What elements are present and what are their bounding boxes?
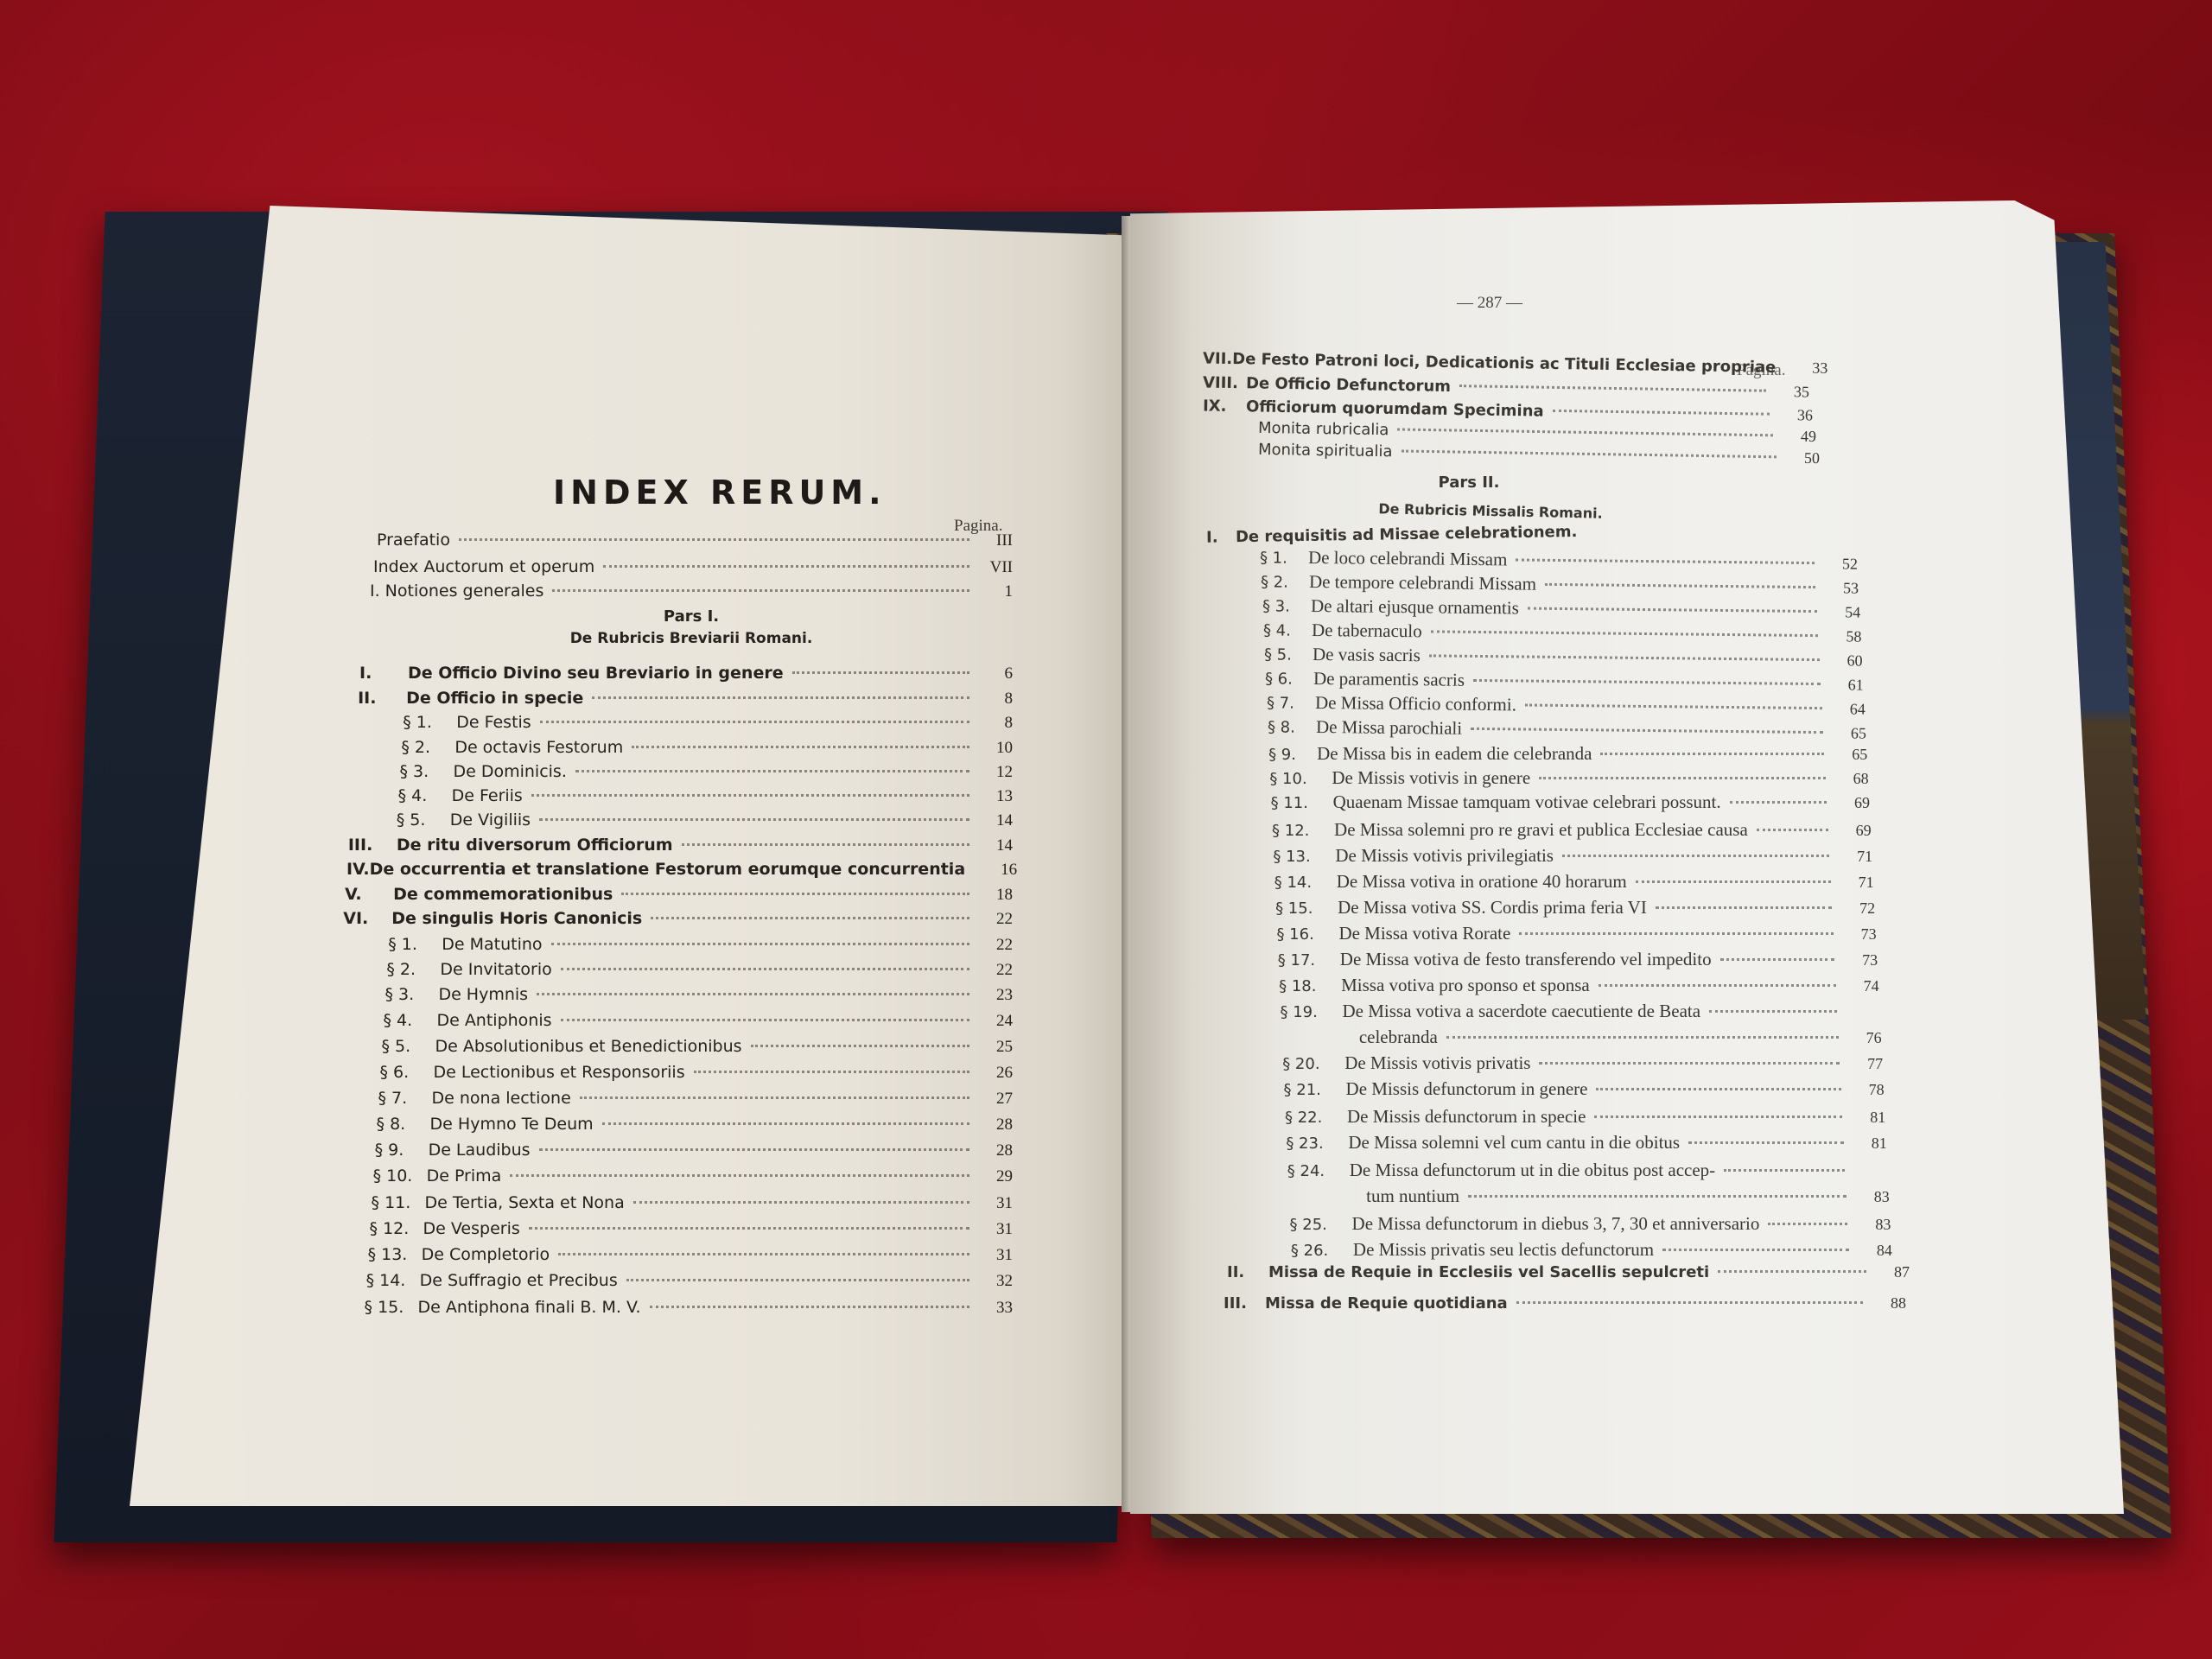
toc-page: 64 <box>1830 700 1865 718</box>
toc-row[interactable]: § 8.De Hymno Te Deum28 <box>377 1115 1013 1135</box>
toc-label: De Dominicis. <box>453 762 566 781</box>
leader-dots <box>1539 777 1825 779</box>
leader-dots <box>575 770 969 772</box>
leader-dots <box>1709 1010 1837 1013</box>
toc-num: § 13. <box>1273 848 1335 866</box>
toc-page: 25 <box>978 1038 1013 1057</box>
toc-label: De Laudibus <box>429 1141 531 1160</box>
toc-row[interactable]: V.De commemorationibus18 <box>345 885 1013 905</box>
toc-row[interactable]: § 20.De Missis votivis privatis77 <box>1282 1052 1883 1074</box>
leader-dots <box>1471 728 1823 734</box>
toc-num: § 8. <box>1268 718 1316 737</box>
leader-dots <box>1599 984 1836 987</box>
toc-num: § 20. <box>1282 1055 1344 1073</box>
toc-page: 68 <box>1834 770 1869 788</box>
toc-page: 69 <box>1837 822 1872 840</box>
toc-label: celebranda <box>1359 1027 1438 1048</box>
leader-dots <box>603 565 969 568</box>
leader-dots <box>561 968 969 970</box>
toc-num: § 4. <box>383 1011 436 1030</box>
toc-page: 65 <box>1832 724 1866 742</box>
toc-num: IV. <box>346 860 370 879</box>
leader-dots <box>1596 1088 1840 1090</box>
toc-num: § 12. <box>370 1219 423 1238</box>
toc-row[interactable]: § 12.De Missa solemni pro re gravi et pu… <box>1272 819 1872 841</box>
leader-dots <box>459 538 969 541</box>
leader-dots <box>1553 410 1770 416</box>
toc-label: De Tertia, Sexta et Nona <box>425 1193 625 1212</box>
toc-label: De Missis privatis seu lectis defunctoru… <box>1353 1239 1654 1261</box>
toc-label: De singulis Horis Canonicis <box>391 909 642 928</box>
leader-dots <box>539 818 969 821</box>
toc-num: § 7. <box>378 1089 432 1108</box>
toc-row[interactable]: § 24.De Missa defunctorum ut in die obit… <box>1287 1160 1889 1181</box>
leader-dots <box>552 589 969 592</box>
leader-dots <box>1516 1301 1863 1304</box>
toc-row[interactable]: § 2.De octavis Festorum10 <box>401 738 1013 758</box>
toc-num: § 21. <box>1284 1081 1346 1099</box>
toc-row[interactable]: § 12.De Vesperis31 <box>370 1219 1013 1239</box>
toc-page: 12 <box>978 763 1013 782</box>
toc-label: De Festis <box>456 713 531 732</box>
toc-page: 81 <box>1853 1135 1887 1153</box>
toc-row[interactable]: § 19.De Missa votiva a sacerdote caecuti… <box>1280 1001 1880 1022</box>
toc-row[interactable]: § 13.De Missis votivis privilegiatis71 <box>1273 845 1872 867</box>
leader-dots <box>626 1279 969 1281</box>
toc-num: I. <box>359 664 408 683</box>
toc-page: 58 <box>1827 627 1861 645</box>
toc-page: 83 <box>1855 1188 1890 1206</box>
leader-dots <box>1730 801 1827 804</box>
toc-row[interactable]: § 26.De Missis privatis seu lectis defun… <box>1291 1239 1892 1261</box>
toc-page: 8 <box>978 690 1013 709</box>
toc-row[interactable]: § 23.De Missa solemni vel cum cantu in d… <box>1286 1132 1886 1154</box>
toc-num: § 25. <box>1290 1216 1352 1234</box>
toc-label: De Missa defunctorum ut in die obitus po… <box>1350 1160 1715 1181</box>
toc-label: De Missa votiva Rorate <box>1338 923 1510 944</box>
toc-label: Monita spiritualia <box>1258 441 1393 461</box>
leader-dots <box>1768 1223 1847 1225</box>
toc-row[interactable]: Praefatio III <box>377 531 1013 550</box>
toc-row[interactable]: § 25.De Missa defunctorum in diebus 3, 7… <box>1290 1213 1891 1235</box>
toc-page: 49 <box>1782 427 1816 446</box>
toc-num: § 8. <box>377 1115 430 1134</box>
toc-row[interactable]: § 4.De Feriis13 <box>398 786 1013 806</box>
toc-num: § 6. <box>1265 670 1313 689</box>
leader-dots <box>1524 704 1821 710</box>
toc-num: III. <box>348 836 397 855</box>
toc-label: tum nuntium <box>1366 1185 1459 1207</box>
toc-label: Monita rubricalia <box>1258 419 1389 439</box>
leader-dots <box>1516 558 1815 564</box>
leader-dots <box>1718 1270 1866 1273</box>
leader-dots <box>558 1253 969 1255</box>
toc-page: 71 <box>1838 848 1872 866</box>
leader-dots <box>633 1201 969 1204</box>
toc-num: § 15. <box>1275 899 1338 918</box>
toc-label: De tempore celebrandi Missam <box>1309 571 1536 595</box>
toc-row[interactable]: III.De ritu diversorum Officiorum14 <box>348 836 1013 855</box>
toc-row[interactable]: § 3.De Hymnis23 <box>385 985 1013 1005</box>
toc-row[interactable]: § 13.De Completorio31 <box>368 1245 1013 1265</box>
toc-row[interactable]: § 14.De Suffragio et Precibus32 <box>366 1271 1013 1291</box>
toc-label: De tabernaculo <box>1312 620 1422 642</box>
toc-page: 23 <box>978 986 1013 1005</box>
leader-dots <box>632 746 969 748</box>
toc-label: I. Notiones generales <box>370 582 543 601</box>
toc-label: De octavis Festorum <box>454 738 623 757</box>
toc-page: 28 <box>978 1116 1013 1135</box>
toc-num: § 13. <box>368 1245 422 1264</box>
toc-label: De Prima <box>427 1166 502 1185</box>
leader-dots <box>1636 880 1831 883</box>
toc-label: De Officio Divino seu Breviario in gener… <box>408 664 784 683</box>
toc-page: 77 <box>1848 1055 1883 1073</box>
toc-row[interactable]: § 15.De Antiphona finali B. M. V.33 <box>365 1298 1013 1318</box>
toc-page: 81 <box>1851 1109 1885 1127</box>
leader-dots <box>792 671 969 674</box>
toc-num: § 12. <box>1272 822 1334 840</box>
leader-dots <box>1429 654 1820 661</box>
toc-page: 32 <box>978 1272 1013 1291</box>
toc-label: De Missa solemni pro re gravi et publica… <box>1334 819 1748 841</box>
leader-dots <box>1724 1169 1845 1172</box>
toc-num: § 3. <box>1262 597 1310 616</box>
toc-page: 87 <box>1875 1263 1910 1281</box>
toc-num: § 22. <box>1285 1109 1347 1127</box>
toc-page: 74 <box>1845 977 1879 995</box>
leader-dots <box>1545 583 1815 588</box>
toc-label: De Missis defunctorum in specie <box>1347 1106 1586 1128</box>
toc-row[interactable]: II.De Officio in specie8 <box>358 689 1013 709</box>
toc-page: III <box>978 531 1013 550</box>
toc-row[interactable]: § 18.Missa votiva pro sponso et sponsa74 <box>1279 975 1878 996</box>
toc-num: § 9. <box>1268 746 1317 764</box>
toc-num: § 14. <box>1274 874 1337 892</box>
toc-num: I. <box>1206 528 1236 547</box>
toc-page: 53 <box>1824 579 1859 597</box>
toc-page: 33 <box>1793 359 1827 378</box>
toc-row[interactable]: I.De Officio Divino seu Breviario in gen… <box>359 664 1013 683</box>
toc-row[interactable]: § 7.De nona lectione27 <box>378 1089 1013 1109</box>
toc-label: De commemorationibus <box>393 885 613 904</box>
toc-row[interactable]: § 14.De Missa votiva in oratione 40 hora… <box>1274 871 1874 893</box>
toc-num: § 10. <box>373 1166 427 1185</box>
leader-dots <box>1720 958 1834 961</box>
toc-label: Quaenam Missae tamquam votivae celebrari… <box>1333 791 1721 813</box>
leader-dots <box>531 794 969 797</box>
photo-scene: INDEX RERUM. Pagina. Praefatio III Index… <box>0 0 2212 1659</box>
toc-num: § 3. <box>399 762 453 781</box>
leader-dots <box>1562 855 1829 857</box>
toc-page: 18 <box>978 886 1013 905</box>
toc-num: § 23. <box>1286 1135 1348 1153</box>
toc-label: De Missis votivis in genere <box>1332 767 1530 789</box>
toc-page: 69 <box>1835 794 1870 812</box>
toc-label: De altari ejusque ornamentis <box>1310 595 1518 620</box>
leader-dots <box>551 943 969 945</box>
part-heading: Pars I. <box>605 607 778 626</box>
toc-row[interactable]: III.Missa de Requie quotidiana88 <box>1224 1294 1906 1313</box>
toc-page: 31 <box>978 1246 1013 1265</box>
toc-page: 27 <box>978 1090 1013 1109</box>
toc-row[interactable]: § 5.De Vigiliis14 <box>397 810 1013 830</box>
toc-page: 1 <box>978 582 1013 601</box>
toc-num: § 2. <box>386 960 440 979</box>
leader-dots <box>1459 385 1766 392</box>
toc-label: De Antiphona finali B. M. V. <box>418 1298 641 1317</box>
toc-page: 13 <box>978 787 1013 806</box>
toc-label: De Missa parochiali <box>1316 716 1462 740</box>
toc-row[interactable]: § 6.De Lectionibus et Responsoriis26 <box>380 1063 1013 1083</box>
toc-label: De Hymnis <box>438 985 528 1004</box>
toc-page: 60 <box>1827 652 1862 670</box>
toc-page: 76 <box>1847 1029 1882 1047</box>
toc-row[interactable]: tum nuntium83 <box>1366 1185 1890 1207</box>
leader-dots <box>682 843 969 846</box>
toc-num: § 3. <box>385 985 438 1004</box>
toc-row[interactable]: IV.De occurrentia et translatione Festor… <box>346 860 1013 880</box>
toc-label: De Missa bis in eadem die celebranda <box>1317 743 1592 765</box>
leader-dots <box>1656 906 1832 909</box>
toc-label: De nona lectione <box>432 1089 571 1108</box>
toc-row[interactable]: I. Notiones generales 1 <box>370 582 1013 601</box>
leader-dots <box>602 1122 969 1125</box>
toc-row[interactable]: § 22.De Missis defunctorum in specie81 <box>1285 1106 1885 1128</box>
toc-num: § 4. <box>398 786 452 805</box>
toc-num: IX. <box>1203 397 1246 416</box>
leader-dots <box>1594 1116 1842 1118</box>
toc-row[interactable]: § 21.De Missis defunctorum in genere78 <box>1284 1078 1885 1100</box>
toc-row[interactable]: § 11.De Tertia, Sexta et Nona31 <box>372 1193 1013 1213</box>
toc-label: De occurrentia et translatione Festorum … <box>370 860 966 879</box>
toc-page: 22 <box>978 936 1013 955</box>
toc-page: 26 <box>978 1064 1013 1083</box>
toc-num: § 9. <box>375 1141 429 1160</box>
toc-label: De vasis sacris <box>1313 644 1421 666</box>
toc-label: Praefatio <box>377 531 450 550</box>
toc-num: VII. <box>1203 350 1232 369</box>
toc-num: § 5. <box>381 1037 435 1056</box>
toc-page: 84 <box>1858 1242 1892 1260</box>
toc-page: 65 <box>1833 746 1867 764</box>
toc-num: VIII. <box>1203 373 1246 392</box>
leader-dots <box>751 1045 969 1047</box>
toc-num: § 11. <box>1271 794 1333 812</box>
toc-label: De Hymno Te Deum <box>430 1115 594 1134</box>
toc-num: § 19. <box>1280 1003 1342 1021</box>
toc-page: 8 <box>978 714 1013 733</box>
leader-dots <box>537 993 969 995</box>
toc-num: § 18. <box>1279 977 1341 995</box>
toc-label: Missa de Requie in Ecclesiis vel Sacelli… <box>1268 1263 1709 1281</box>
leader-dots <box>694 1071 969 1073</box>
toc-row[interactable]: § 9.De Missa bis in eadem die celebranda… <box>1268 743 1867 765</box>
toc-label: De Missis defunctorum in genere <box>1346 1078 1588 1100</box>
leader-dots <box>510 1174 969 1177</box>
part-subtitle: De Rubricis Breviarii Romani. <box>493 630 890 647</box>
toc-row[interactable]: § 1.De Festis8 <box>403 713 1013 733</box>
toc-num: § 1. <box>388 935 442 954</box>
toc-num: § 15. <box>365 1298 418 1317</box>
toc-label: De Missa votiva in oratione 40 horarum <box>1337 871 1627 893</box>
toc-page: 31 <box>978 1194 1013 1213</box>
leader-dots <box>1402 449 1777 458</box>
toc-row[interactable]: § 5.De Absolutionibus et Benedictionibus… <box>381 1037 1013 1057</box>
toc-label: De Missis votivis privilegiatis <box>1335 845 1554 867</box>
toc-page: VII <box>978 558 1013 577</box>
toc-label: De Missa votiva de festo transferendo ve… <box>1340 949 1712 970</box>
toc-label: De Missa votiva SS. Cordis prima feria V… <box>1338 897 1647 918</box>
toc-label: De Completorio <box>422 1245 550 1264</box>
toc-row[interactable]: VI.De singulis Horis Canonicis22 <box>343 909 1013 929</box>
toc-row[interactable]: celebranda76 <box>1359 1027 1882 1048</box>
toc-page: 73 <box>1842 925 1877 944</box>
toc-row[interactable]: § 11.Quaenam Missae tamquam votivae cele… <box>1271 791 1870 813</box>
toc-page: 71 <box>1840 874 1874 892</box>
toc-label: De Invitatorio <box>440 960 551 979</box>
toc-label: Missa votiva pro sponso et sponsa <box>1341 975 1590 996</box>
toc-page: 73 <box>1843 951 1878 969</box>
toc-row[interactable]: § 10.De Prima29 <box>373 1166 1013 1186</box>
leader-dots <box>1468 1195 1847 1198</box>
toc-row[interactable]: § 2.De Invitatorio22 <box>386 960 1013 980</box>
leader-dots <box>592 696 969 699</box>
toc-label: De Missa solemni vel cum cantu in die ob… <box>1348 1132 1680 1154</box>
leader-dots <box>1757 829 1828 831</box>
toc-label: De Lectionibus et Responsoriis <box>434 1063 685 1082</box>
leader-dots <box>529 1227 969 1230</box>
toc-num: § 5. <box>1264 645 1313 664</box>
toc-page: 36 <box>1778 406 1813 425</box>
toc-page: 61 <box>1829 676 1864 694</box>
leader-dots <box>1519 932 1833 935</box>
toc-row[interactable]: § 10.De Missis votivis in genere68 <box>1269 767 1868 789</box>
leader-dots <box>540 721 969 723</box>
leader-dots <box>1600 753 1824 755</box>
part-heading: Pars II. <box>1382 474 1555 492</box>
toc-page: 22 <box>978 961 1013 980</box>
toc-label: Index Auctorum et operum <box>373 557 594 576</box>
toc-num: § 24. <box>1287 1162 1350 1180</box>
index-title: INDEX RERUM. <box>553 474 887 512</box>
toc-label: De Matutino <box>442 935 542 954</box>
toc-row[interactable]: § 15.De Missa votiva SS. Cordis prima fe… <box>1275 897 1875 918</box>
toc-label: De Vigiliis <box>450 810 531 829</box>
leader-dots <box>561 1019 969 1021</box>
page-number: — 287 — <box>1457 294 1522 313</box>
leader-dots <box>539 1148 969 1151</box>
toc-page: 14 <box>978 811 1013 830</box>
toc-label: De Suffragio et Precibus <box>420 1271 618 1290</box>
leader-dots <box>580 1096 969 1099</box>
toc-page: 16 <box>982 861 1017 880</box>
toc-row[interactable]: Index Auctorum et operum VII <box>373 557 1013 577</box>
toc-num: § 7. <box>1266 694 1314 713</box>
toc-row[interactable]: II.Missa de Requie in Ecclesiis vel Sace… <box>1227 1263 1910 1281</box>
toc-label: De Missis votivis privatis <box>1344 1052 1530 1074</box>
leader-dots <box>650 1306 969 1308</box>
leader-dots <box>1662 1249 1849 1251</box>
toc-label: De Missa Officio conformi. <box>1314 692 1516 715</box>
toc-row[interactable]: § 9.De Laudibus28 <box>375 1141 1013 1160</box>
leader-dots <box>1688 1141 1844 1144</box>
leader-dots <box>1527 607 1816 613</box>
toc-row[interactable]: § 1.De Matutino22 <box>388 935 1013 955</box>
toc-num: § 1. <box>403 713 456 732</box>
toc-label: De ritu diversorum Officiorum <box>397 836 673 855</box>
toc-label: De Antiphonis <box>436 1011 551 1030</box>
toc-page: 88 <box>1872 1294 1906 1313</box>
toc-row[interactable]: § 4.De Antiphonis24 <box>383 1011 1013 1031</box>
leader-dots <box>1473 679 1821 685</box>
leader-dots <box>1446 1036 1839 1039</box>
toc-page: 54 <box>1826 603 1860 621</box>
leader-dots <box>621 893 969 895</box>
toc-num: § 1. <box>1260 549 1308 568</box>
toc-page: 78 <box>1850 1081 1885 1099</box>
toc-page: 6 <box>978 664 1013 683</box>
toc-page: 29 <box>978 1167 1013 1186</box>
toc-page: 50 <box>1785 448 1820 467</box>
toc-page: 33 <box>978 1299 1013 1318</box>
toc-num: § 16. <box>1276 925 1338 944</box>
toc-row[interactable]: § 16.De Missa votiva Rorate73 <box>1276 923 1876 944</box>
toc-num: III. <box>1224 1294 1265 1313</box>
toc-row[interactable]: § 3.De Dominicis.12 <box>399 762 1013 782</box>
toc-num: § 2. <box>1261 573 1309 592</box>
toc-num: § 2. <box>401 738 454 757</box>
toc-label: De Missa defunctorum in diebus 3, 7, 30 … <box>1352 1213 1760 1235</box>
toc-page: 72 <box>1840 899 1875 918</box>
leader-dots <box>1397 428 1773 436</box>
leader-dots <box>1539 1062 1840 1065</box>
toc-num: § 26. <box>1291 1242 1353 1260</box>
toc-label: De Officio Defunctorum <box>1246 374 1451 396</box>
toc-page: 52 <box>1823 555 1858 573</box>
toc-label: De Absolutionibus et Benedictionibus <box>435 1037 741 1056</box>
toc-num: § 10. <box>1269 770 1332 788</box>
toc-num: § 5. <box>397 810 450 829</box>
toc-num: V. <box>345 885 393 904</box>
toc-num: § 14. <box>366 1271 420 1290</box>
leader-dots <box>651 917 969 919</box>
toc-label: De Vesperis <box>423 1219 520 1238</box>
toc-num: II. <box>1227 1263 1268 1281</box>
toc-label: De loco celebrandi Missam <box>1308 547 1508 570</box>
toc-page: 28 <box>978 1141 1013 1160</box>
toc-page: 31 <box>978 1220 1013 1239</box>
toc-label: Missa de Requie quotidiana <box>1265 1294 1508 1313</box>
toc-num: § 11. <box>372 1193 425 1212</box>
leader-dots <box>1430 630 1818 637</box>
toc-label: De paramentis sacris <box>1313 668 1465 691</box>
toc-label: De Missa votiva a sacerdote caecutiente … <box>1342 1001 1700 1022</box>
toc-label: De Officio in specie <box>406 689 583 708</box>
toc-num: VI. <box>343 909 391 928</box>
toc-num: § 4. <box>1263 621 1312 640</box>
toc-page: 24 <box>978 1012 1013 1031</box>
toc-num: II. <box>358 689 406 708</box>
toc-page: 35 <box>1775 383 1809 402</box>
toc-page: 83 <box>1856 1216 1891 1234</box>
toc-page: 22 <box>978 910 1013 929</box>
toc-num: § 6. <box>380 1063 434 1082</box>
toc-num: § 17. <box>1278 951 1340 969</box>
toc-row[interactable]: § 17.De Missa votiva de festo transferen… <box>1278 949 1878 970</box>
toc-page: 10 <box>978 739 1013 758</box>
toc-page: 14 <box>978 836 1013 855</box>
